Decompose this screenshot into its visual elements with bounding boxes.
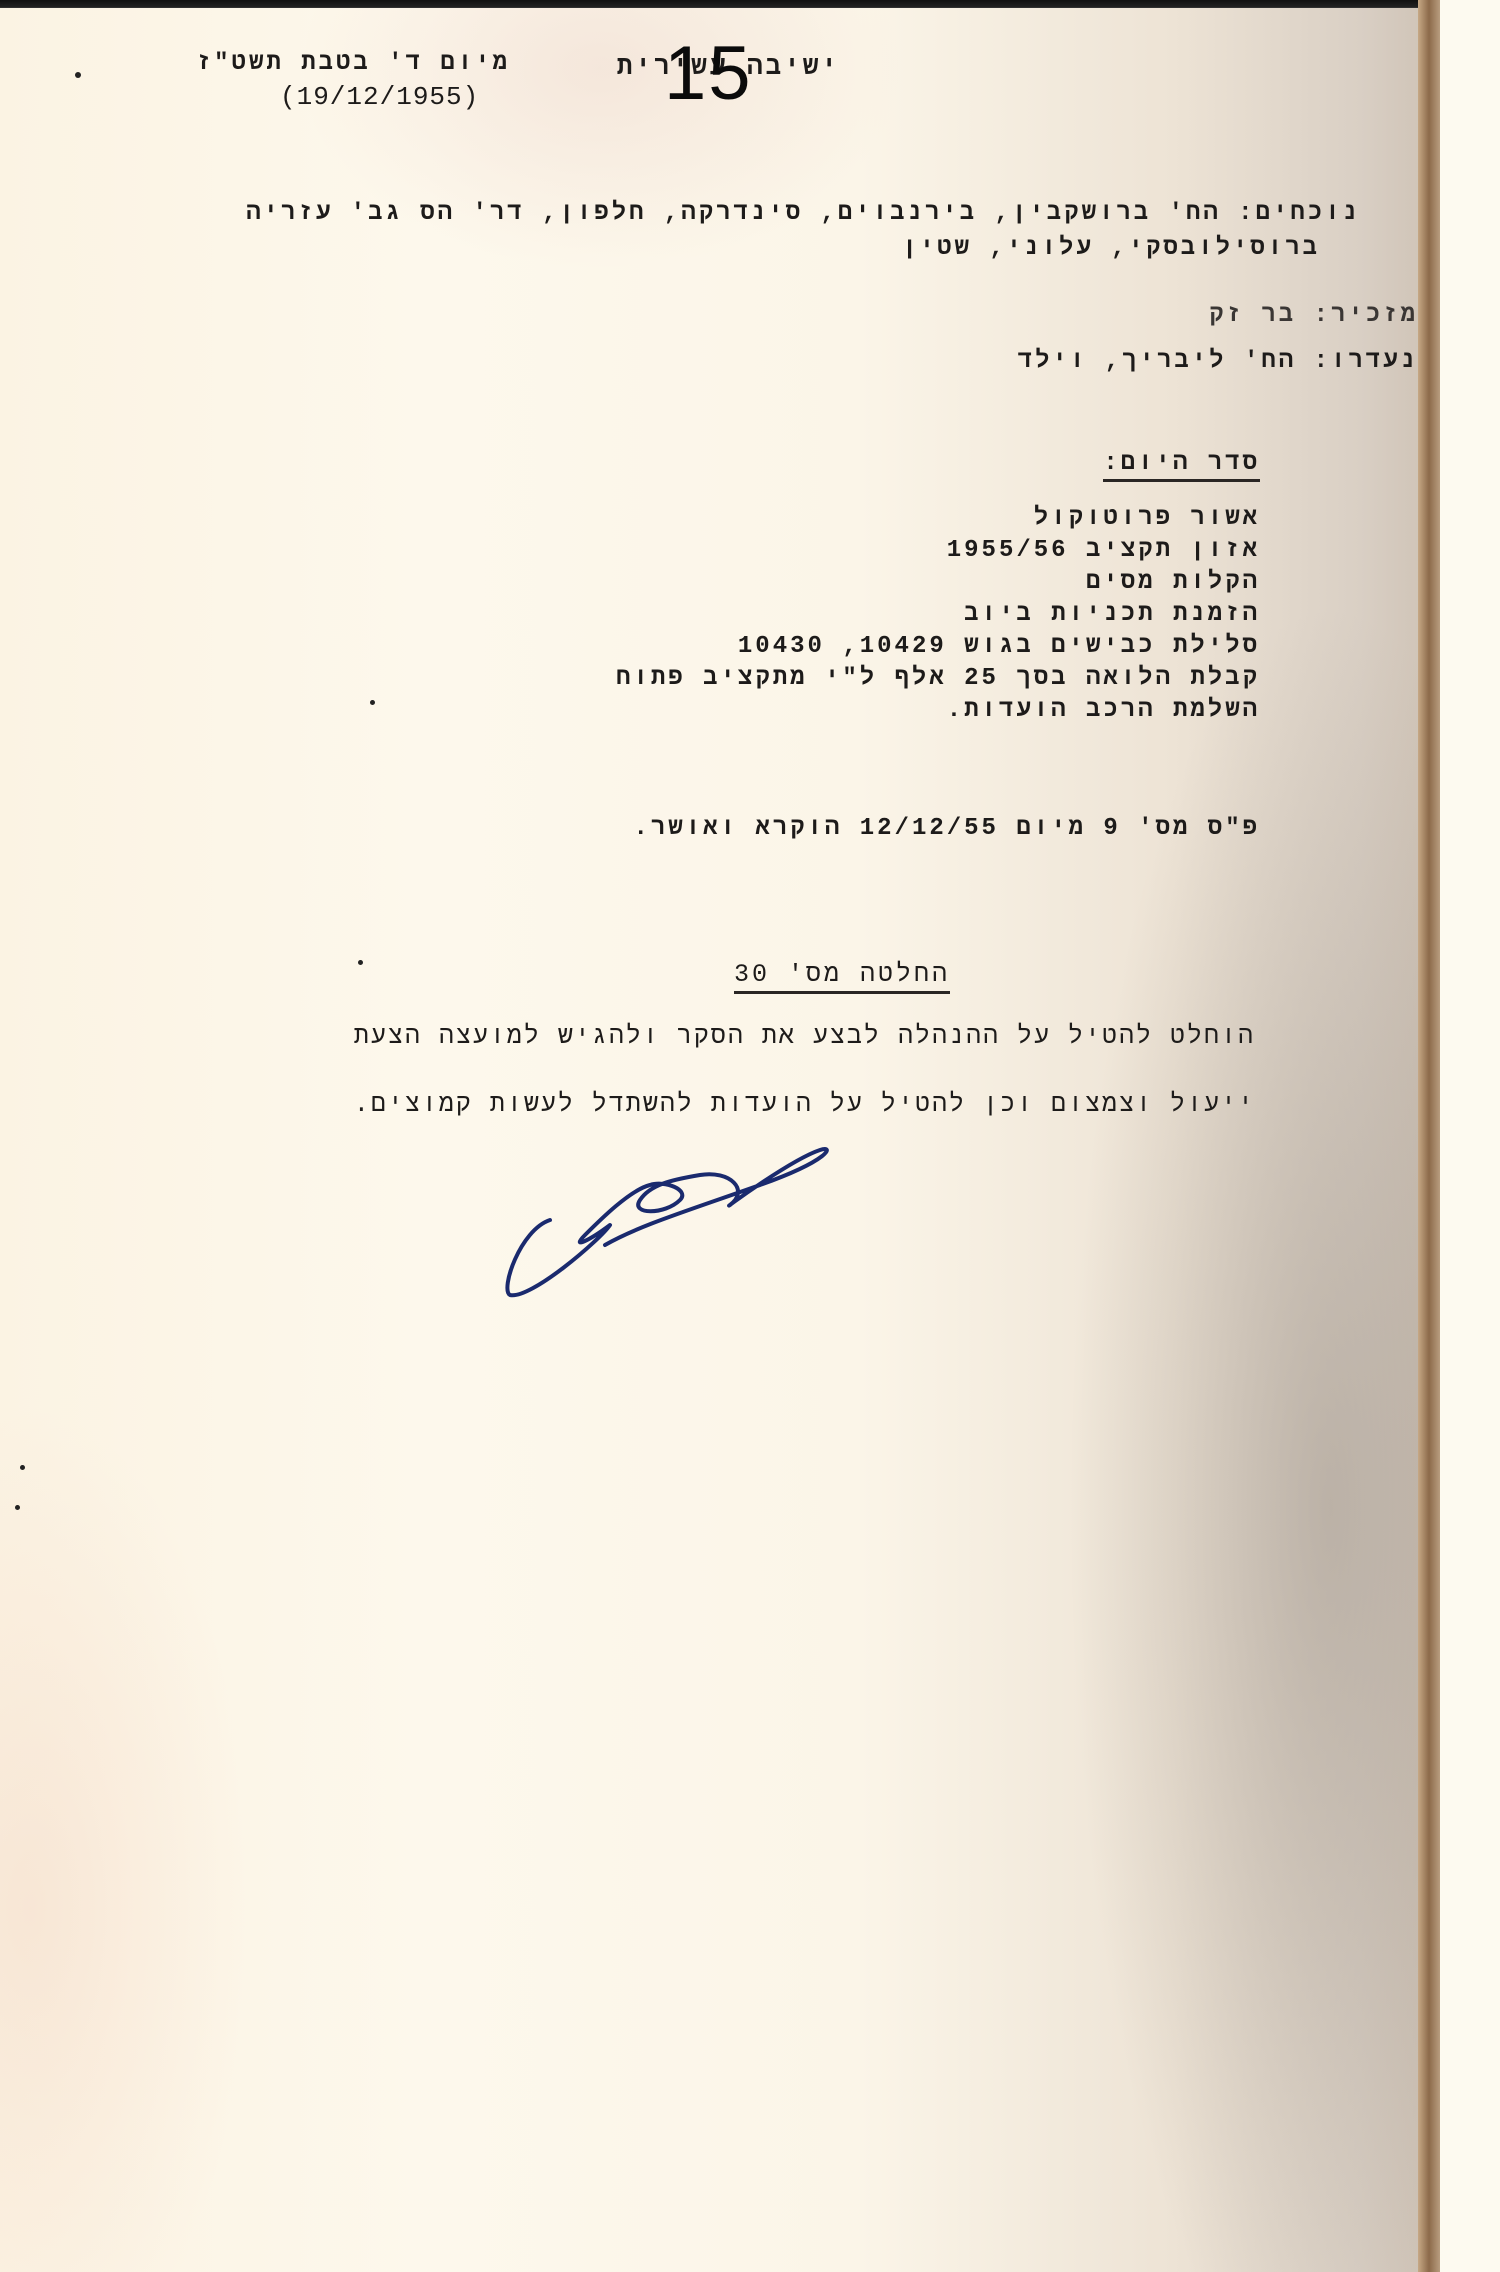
stray-mark <box>75 72 81 78</box>
agenda-title: סדר היום: <box>1103 450 1260 482</box>
resolution-title: החלטה מס' 30 <box>734 960 950 994</box>
attendees-present-line-1: נוכחים: הח' ברושקבין, בירנבוים, סינדרקה,… <box>246 200 1360 227</box>
stray-mark <box>358 960 363 965</box>
secretary-line: מזכיר: בר זק <box>1209 302 1418 329</box>
agenda-item: הקלות מסים <box>1086 569 1260 596</box>
minutes-approval-note: פ"ס מס' 9 מיום 12/12/55 הוקרא ואושר. <box>634 815 1261 842</box>
next-page-edge <box>1440 0 1500 2272</box>
attendees-present-line-2: ברוסילובסקי, עלוני, שטין <box>902 235 1360 262</box>
agenda-item: הזמנת תכניות ביוב <box>964 601 1260 628</box>
page-binding-edge <box>1418 0 1440 2272</box>
stray-mark <box>15 1505 20 1510</box>
absent-line: נעדרו: הח' ליבריך, וילד <box>1018 348 1418 375</box>
agenda-item: סלילת כבישים בגוש 10429, 10430 <box>738 633 1260 660</box>
resolution-body-line-1: הוחלט להטיל על ההנהלה לבצע את הסקר ולהגי… <box>354 1022 1255 1051</box>
stray-mark <box>20 1465 25 1470</box>
agenda-item: השלמת הרכב הועדות. <box>947 697 1260 724</box>
agenda-item: אזון תקציב 1955/56 <box>947 537 1260 564</box>
hebrew-date: מיום ד' בטבת תשט"ז <box>197 50 510 77</box>
agenda-item: קבלת הלואה בסך 25 אלף ל"י מתקציב פתוח <box>616 665 1260 692</box>
handwritten-page-number: 15 <box>664 30 753 117</box>
stray-mark <box>370 700 375 705</box>
resolution-body-line-2: ייעול וצמצום וכן להטיל על הועדות להשתדל … <box>354 1090 1255 1119</box>
signature-icon <box>490 1130 850 1330</box>
agenda-item: אשור פרוטוקול <box>1034 505 1260 532</box>
gregorian-date: (19/12/1955) <box>280 82 479 112</box>
